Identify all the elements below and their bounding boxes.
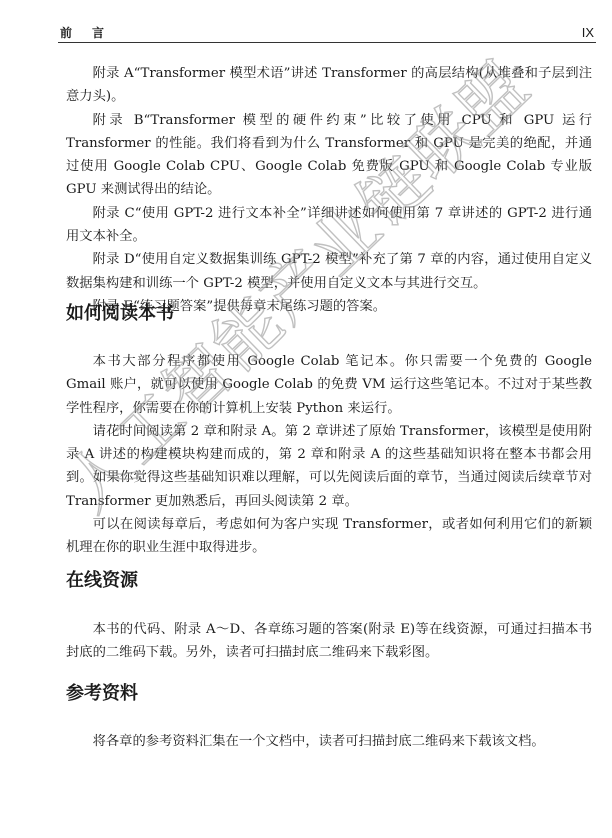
paragraph: 请花时间阅读第 2 章和附录 A。第 2 章讲述了原始 Transformer，… [66, 420, 592, 513]
section-how-to-read: 本书大部分程序都使用 Google Colab 笔记本。你只需要一个免费的 Go… [66, 350, 592, 560]
paragraph-appendix-a: 附录 A“Transformer 模型术语”讲述 Transformer 的高层… [66, 62, 592, 109]
paragraph: 本书的代码、附录 A～D、各章练习题的答案(附录 E)等在线资源，可通过扫描本书… [66, 618, 592, 665]
appendix-overview: 附录 A“Transformer 模型术语”讲述 Transformer 的高层… [66, 62, 592, 318]
section-references: 将各章的参考资料汇集在一个文档中，读者可扫描封底二维码来下载该文档。 [66, 730, 592, 753]
paragraph: 将各章的参考资料汇集在一个文档中，读者可扫描封底二维码来下载该文档。 [66, 730, 592, 753]
paragraph-appendix-b: 附录 B“Transformer 模型的硬件约束”比较了使用 CPU 和 GPU… [66, 109, 592, 202]
heading-references: 参考资料 [66, 682, 138, 706]
paragraph-appendix-d: 附录 D“使用自定义数据集训练 GPT-2 模型”补充了第 7 章的内容，通过使… [66, 248, 592, 295]
section-online-resources: 本书的代码、附录 A～D、各章练习题的答案(附录 E)等在线资源，可通过扫描本书… [66, 618, 592, 665]
paragraph: 可以在阅读每章后，考虑如何为客户实现 Transformer，或者如何利用它们的… [66, 513, 592, 560]
heading-online-resources: 在线资源 [66, 569, 138, 593]
paragraph-appendix-c: 附录 C“使用 GPT-2 进行文本补全”详细讲述如何使用第 7 章讲述的 GP… [66, 202, 592, 249]
header-section-title: 前言 [60, 26, 124, 40]
heading-how-to-read: 如何阅读本书 [66, 302, 174, 326]
running-header: 前言 IX [58, 26, 596, 43]
book-page: 前言 IX 附录 A“Transformer 模型术语”讲述 Transform… [0, 0, 612, 838]
page-number: IX [582, 26, 594, 40]
paragraph: 本书大部分程序都使用 Google Colab 笔记本。你只需要一个免费的 Go… [66, 350, 592, 420]
